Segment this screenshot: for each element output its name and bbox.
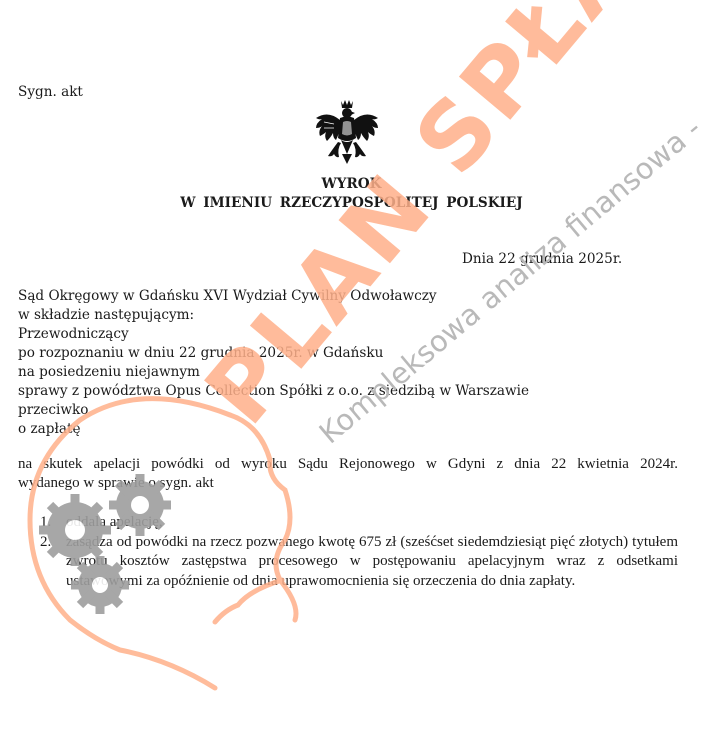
polish-eagle-emblem-icon [312, 98, 382, 170]
court-name-line: Sąd Okręgowy w Gdańsku XVI Wydział Cywil… [18, 287, 529, 306]
presiding-judge-line: Przewodniczący [18, 325, 529, 344]
judgment-subtitle: W IMIENIU RZECZYPOSPOLITEJ POLSKIEJ [0, 194, 703, 213]
appeal-line-2: wydanego w sprawie o sygn. akt [18, 474, 678, 493]
ruling-text: oddala apelację, [66, 514, 163, 530]
appeal-paragraph: na skutek apelacji powódki od wyroku Sąd… [18, 455, 678, 493]
court-composition-block: Sąd Okręgowy w Gdańsku XVI Wydział Cywil… [18, 287, 529, 439]
appeal-line-1: na skutek apelacji powódki od wyroku Sąd… [18, 455, 678, 474]
plaintiff-line: sprawy z powództwa Opus Collection Spółk… [18, 382, 529, 401]
composition-line: w składzie następującym: [18, 306, 529, 325]
ruling-item: 1. oddala apelację, [18, 513, 678, 533]
hearing-date-line: po rozpoznaniu w dniu 22 grudnia 2025r. … [18, 344, 529, 363]
judgment-date: Dnia 22 grudnia 2025r. [462, 250, 622, 269]
ruling-item: 2. zasądza od powódki na rzecz pozwanego… [18, 533, 678, 592]
ruling-number: 1. [40, 513, 51, 533]
ruling-number: 2. [40, 533, 51, 553]
session-type-line: na posiedzeniu niejawnym [18, 363, 529, 382]
judgment-title: WYROK [0, 175, 703, 194]
rulings-list: 1. oddala apelację, 2. zasądza od powódk… [18, 513, 678, 591]
subject-line: o zapłatę [18, 420, 529, 439]
against-line: przeciwko [18, 401, 529, 420]
court-judgment-document: Sygn. akt WYROK W IMIENIU RZECZYP [0, 0, 703, 730]
ruling-text: zasądza od powódki na rzecz pozwanego kw… [66, 534, 678, 589]
case-signature-label: Sygn. akt [18, 83, 83, 102]
